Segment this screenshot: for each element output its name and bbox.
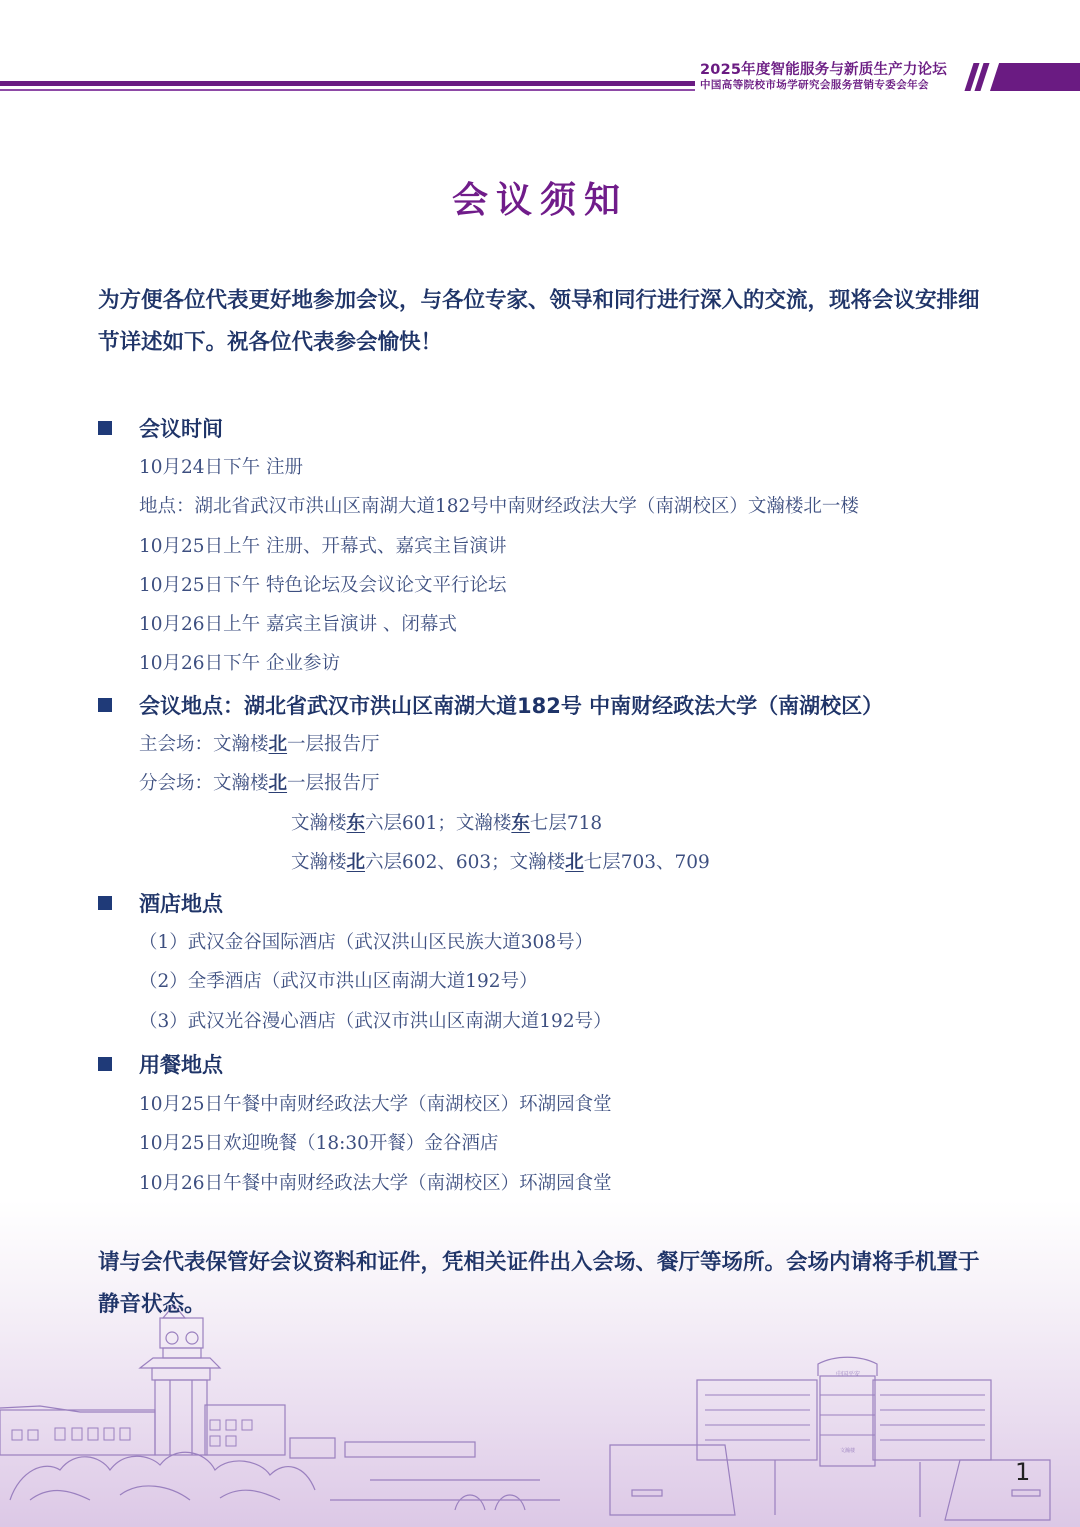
schedule-item: 10月26日下午 企业参访 xyxy=(98,644,859,683)
intro-paragraph: 为方便各位代表更好地参加会议，与各位专家、领导和同行进行深入的交流，现将会议安排… xyxy=(98,280,998,364)
section-dining: 用餐地点 10月25日午餐中南财经政法大学（南湖校区）环湖园食堂 10月25日欢… xyxy=(98,1045,612,1203)
header-rule-thick xyxy=(0,81,695,86)
section-heading: 用餐地点 xyxy=(98,1045,612,1083)
schedule-item: 地点：湖北省武汉市洪山区南湖大道182号中南财经政法大学（南湖校区）文瀚楼北一楼 xyxy=(98,487,859,526)
venue-wing: 北 xyxy=(347,852,366,873)
section-meeting-time: 会议时间 10月24日下午 注册 地点：湖北省武汉市洪山区南湖大道182号中南财… xyxy=(98,409,859,684)
left-building-icon xyxy=(0,1405,475,1458)
hotel-item: （1）武汉金谷国际酒店（武汉洪山区民族大道308号） xyxy=(98,923,612,962)
sub-venue-line: 文瀚楼北六层602、603；文瀚楼北七层703、709 xyxy=(98,843,883,882)
venue-room: 六层602、603； xyxy=(365,852,510,873)
section-heading: 会议时间 xyxy=(98,409,859,447)
section-hotel: 酒店地点 （1）武汉金谷国际酒店（武汉洪山区民族大道308号） （2）全季酒店（… xyxy=(98,884,612,1041)
venue-building: 文瀚楼 xyxy=(213,773,269,794)
venue-room: 七层718 xyxy=(530,813,602,834)
clock-tower-icon xyxy=(140,1305,220,1455)
section-heading-text: 会议时间 xyxy=(139,413,223,443)
closing-notice: 请与会代表保管好会议资料和证件，凭相关证件出入会场、餐厅等场所。会场内请将手机置… xyxy=(98,1242,998,1326)
dining-item: 10月25日欢迎晚餐（18:30开餐）金谷酒店 xyxy=(98,1124,612,1163)
hotel-item: （2）全季酒店（武汉市洪山区南湖大道192号） xyxy=(98,962,612,1001)
venue-building: 文瀚楼 xyxy=(291,852,347,873)
venue-building: 文瀚楼 xyxy=(510,852,566,873)
venue-wing: 东 xyxy=(511,813,530,834)
schedule-item: 10月24日下午 注册 xyxy=(98,448,859,487)
hotel-item: （3）武汉光谷漫心酒店（武汉市洪山区南湖大道192号） xyxy=(98,1002,612,1041)
section-heading-text: 酒店地点 xyxy=(139,888,223,918)
venue-building: 文瀚楼 xyxy=(213,734,269,755)
venue-building: 文瀚楼 xyxy=(291,813,347,834)
section-heading: 会议地点：湖北省武汉市洪山区南湖大道182号 中南财经政法大学（南湖校区） xyxy=(98,686,883,724)
sub-venue-label: 分会场： xyxy=(139,773,213,794)
section-venue: 会议地点：湖北省武汉市洪山区南湖大道182号 中南财经政法大学（南湖校区） 主会… xyxy=(98,686,883,882)
square-bullet-icon xyxy=(98,896,112,910)
venue-room: 七层703、709 xyxy=(584,852,710,873)
sub-venue-line: 分会场：文瀚楼北一层报告厅 xyxy=(98,764,883,803)
schedule-item: 10月25日上午 注册、开幕式、嘉宾主旨演讲 xyxy=(98,527,859,566)
venue-wing: 北 xyxy=(565,852,584,873)
square-bullet-icon xyxy=(98,698,112,712)
venue-building: 文瀚楼 xyxy=(456,813,512,834)
header-rule-thin xyxy=(0,89,695,91)
trees-icon xyxy=(10,1452,315,1500)
svg-text:中国平安: 中国平安 xyxy=(836,1370,860,1378)
section-heading: 酒店地点 xyxy=(98,884,612,922)
venue-wing: 北 xyxy=(269,773,288,794)
svg-text:文瀚楼: 文瀚楼 xyxy=(840,1447,856,1454)
main-venue-label: 主会场： xyxy=(139,734,213,755)
venue-room: 一层报告厅 xyxy=(287,734,380,755)
forum-title: 2025年度智能服务与新质生产力论坛 xyxy=(700,58,960,79)
venue-wing: 东 xyxy=(347,813,366,834)
page-number: 1 xyxy=(1015,1458,1030,1486)
schedule-item: 10月25日下午 特色论坛及会议论文平行论坛 xyxy=(98,566,859,605)
square-bullet-icon xyxy=(98,421,112,435)
venue-room: 一层报告厅 xyxy=(287,773,380,794)
header-bar-decoration xyxy=(990,63,1080,91)
campus-illustration: 中国平安 文瀚楼 xyxy=(0,1300,1080,1527)
venue-wing: 北 xyxy=(269,734,288,755)
page-header: 2025年度智能服务与新质生产力论坛 中国高等院校市场学研究会服务营销专委会年会 xyxy=(0,0,1080,100)
section-heading-text: 会议地点：湖北省武汉市洪山区南湖大道182号 中南财经政法大学（南湖校区） xyxy=(139,690,883,720)
venue-room: 六层601； xyxy=(365,813,456,834)
forum-subtitle: 中国高等院校市场学研究会服务营销专委会年会 xyxy=(700,77,960,92)
section-heading-text: 用餐地点 xyxy=(139,1049,223,1079)
page-title: 会议须知 xyxy=(0,172,1080,223)
square-bullet-icon xyxy=(98,1057,112,1071)
bridge-icon xyxy=(330,1480,560,1510)
dining-item: 10月25日午餐中南财经政法大学（南湖校区）环湖园食堂 xyxy=(98,1085,612,1124)
schedule-item: 10月26日上午 嘉宾主旨演讲 、闭幕式 xyxy=(98,605,859,644)
sub-venue-line: 文瀚楼东六层601；文瀚楼东七层718 xyxy=(98,804,883,843)
dining-item: 10月26日午餐中南财经政法大学（南湖校区）环湖园食堂 xyxy=(98,1164,612,1203)
main-venue-line: 主会场：文瀚楼北一层报告厅 xyxy=(98,725,883,764)
main-building-icon: 中国平安 文瀚楼 xyxy=(610,1357,1050,1520)
